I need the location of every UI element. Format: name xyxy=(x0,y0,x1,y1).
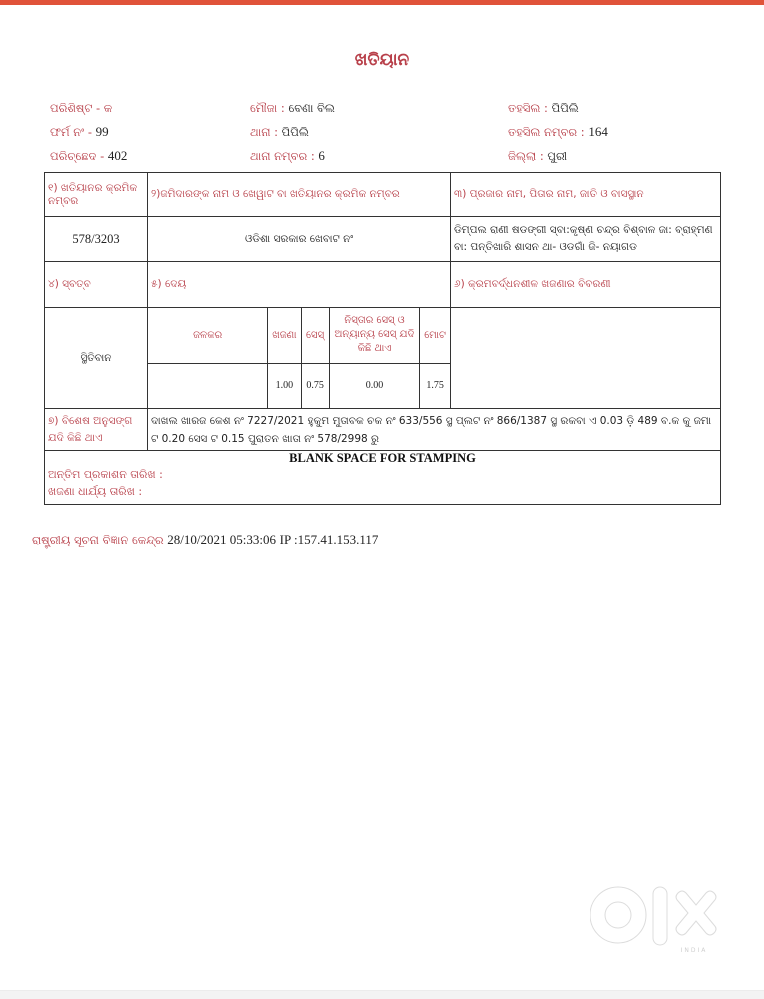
stamp-space-label: BLANK SPACE FOR STAMPING xyxy=(48,451,717,466)
appendix-label: ପରିଶିଷ୍ଟ - xyxy=(50,101,104,115)
thana-label: ଥାନା : xyxy=(250,125,282,139)
tahasil-no-value: 164 xyxy=(588,124,608,139)
form-no-label: ଫର୍ମ ନଂ - xyxy=(50,125,96,139)
thana-value: ପିପିଲି xyxy=(282,125,309,139)
footer-org: ରାଷ୍ଟ୍ରୀୟ ସୂଚନା ବିଜ୍ଞାନ କେନ୍ଦ୍ର xyxy=(32,533,164,547)
right-type-value: ସ୍ଥିତିବାନ xyxy=(45,308,148,409)
footer-timestamp: 28/10/2021 05:33:06 xyxy=(167,532,276,547)
tahasil-value: ପିପିଲି xyxy=(552,101,579,115)
olx-logo-icon: INDIA xyxy=(590,885,730,955)
table-row: ୭) ବିଶେଷ ଅନୁସଙ୍ଗ ଯଦି କିଛି ଥାଏ ଦାଖଲ ଖାରଜ … xyxy=(45,409,721,451)
khatiyan-table: ୧) ଖତିୟାନର କ୍ରମିକ ନମ୍ବର ୨)ଜମିଦାରଙ୍କ ନାମ … xyxy=(44,172,721,505)
dues-header-other-cess: ନିସ୍ତାର ସେସ୍ ଓ ଅନ୍ୟାନ୍ୟ ସେସ୍ ଯଦି କିଛି ଥା… xyxy=(329,308,420,363)
svg-text:INDIA: INDIA xyxy=(681,947,708,954)
chapter-label: ପରିଚ୍ଛେଦ - xyxy=(50,149,108,163)
appendix-value: କ xyxy=(104,101,113,115)
final-publication-date-label: ଅନ୍ତିମ ପ୍ରକାଶନ ତାରିଖ : xyxy=(48,466,717,483)
tenant-value: ଡିମ୍ପଲ ରାଣୀ ଷଡଙ୍ଗୀ ସ୍ବା:କୃଷ୍ଣ ଚନ୍ଦ୍ର ବିଶ… xyxy=(451,217,721,262)
header-right: ୪) ସ୍ବତ୍ବ xyxy=(45,262,148,308)
dues-total-value: 1.75 xyxy=(420,363,450,408)
progressive-rent-value xyxy=(451,308,721,409)
mouza-value: ବେଣା ବିଲ xyxy=(288,101,334,115)
chapter-value: 402 xyxy=(108,148,128,163)
dues-header-water-tax: ଜଳକର xyxy=(148,308,268,363)
header-progressive-rent: ୬) କ୍ରମବର୍ଦ୍ଧନଶୀଳ ଖଜଣାର ବିବରଣୀ xyxy=(451,262,721,308)
khatiyan-no-value: 578/3203 xyxy=(45,217,148,262)
dues-cell: ଜଳକର ଖଜଣା ସେସ୍ ନିସ୍ତାର ସେସ୍ ଓ ଅନ୍ୟାନ୍ୟ ସ… xyxy=(148,308,451,409)
header-dues: ୫) ଦେୟ xyxy=(148,262,451,308)
dues-other-cess-value: 0.00 xyxy=(329,363,420,408)
table-row: ୧) ଖତିୟାନର କ୍ରମିକ ନମ୍ବର ୨)ଜମିଦାରଙ୍କ ନାମ … xyxy=(45,173,721,217)
special-note-text: ଦାଖଲ ଖାରଜ କେଶ ନଂ 7227/2021 ହୁକୁମ ମୁତାବକ … xyxy=(151,415,711,445)
dues-header-total: ମୋଟ xyxy=(420,308,450,363)
dues-table: ଜଳକର ଖଜଣା ସେସ୍ ନିସ୍ତାର ସେସ୍ ଓ ଅନ୍ୟାନ୍ୟ ସ… xyxy=(148,308,450,408)
bottom-bar xyxy=(0,990,764,999)
dues-header-rent: ଖଜଣା xyxy=(268,308,301,363)
table-row: ୪) ସ୍ବତ୍ବ ୫) ଦେୟ ୬) କ୍ରମବର୍ଦ୍ଧନଶୀଳ ଖଜଣାର… xyxy=(45,262,721,308)
mouza-label: ମୌଜା : xyxy=(250,101,288,115)
header-khatiyan-no: ୧) ଖତିୟାନର କ୍ରମିକ ନମ୍ବର xyxy=(45,173,148,217)
footer: ରାଷ୍ଟ୍ରୀୟ ସୂଚନା ବିଜ୍ଞାନ କେନ୍ଦ୍ର 28/10/20… xyxy=(32,532,378,548)
thana-no-label: ଥାନା ନମ୍ବର : xyxy=(250,149,318,163)
table-row: 578/3203 ଓଡିଶା ସରକାର ଖେବାଟ ନଂ ଡିମ୍ପଲ ରାଣ… xyxy=(45,217,721,262)
footer-ip-label: IP : xyxy=(280,532,298,547)
dues-cess-value: 0.75 xyxy=(301,363,329,408)
header-landlord: ୨)ଜମିଦାରଙ୍କ ନାମ ଓ ଖେୱାଟ ବା ଖତିୟାନର କ୍ରମି… xyxy=(148,173,451,217)
table-row: BLANK SPACE FOR STAMPING ଅନ୍ତିମ ପ୍ରକାଶନ … xyxy=(45,451,721,505)
form-no-value: 99 xyxy=(96,124,109,139)
dues-header-cess: ସେସ୍ xyxy=(301,308,329,363)
meta-right: ତହସିଲ : ପିପିଲି ତହସିଲ ନମ୍ବର : 164 ଜିଲ୍ଲା … xyxy=(508,96,608,168)
meta-left: ପରିଶିଷ୍ଟ - କ ଫର୍ମ ନଂ - 99 ପରିଚ୍ଛେଦ - 402 xyxy=(50,96,127,168)
district-value: ପୁରୀ xyxy=(547,149,567,163)
table-row: ସ୍ଥିତିବାନ ଜଳକର ଖଜଣା ସେସ୍ ନିସ୍ତାର ସେସ୍ ଓ … xyxy=(45,308,721,409)
tahasil-label: ତହସିଲ : xyxy=(508,101,552,115)
meta-middle: ମୌଜା : ବେଣା ବିଲ ଥାନା : ପିପିଲି ଥାନା ନମ୍ବର… xyxy=(250,96,335,168)
district-label: ଜିଲ୍ଲା : xyxy=(508,149,547,163)
stamp-cell: BLANK SPACE FOR STAMPING ଅନ୍ତିମ ପ୍ରକାଶନ … xyxy=(45,451,721,505)
dues-water-tax-value xyxy=(148,363,268,408)
thana-no-value: 6 xyxy=(318,148,325,163)
landlord-value: ଓଡିଶା ସରକାର ଖେବାଟ ନଂ xyxy=(148,217,451,262)
footer-ip: 157.41.153.117 xyxy=(298,532,379,547)
rent-fixation-date-label: ଖଜଣା ଧାର୍ଯ୍ୟ ତାରିଖ : xyxy=(48,483,717,500)
tahasil-no-label: ତହସିଲ ନମ୍ବର : xyxy=(508,125,588,139)
special-note-value: ଦାଖଲ ଖାରଜ କେଶ ନଂ 7227/2021 ହୁକୁମ ମୁତାବକ … xyxy=(148,409,721,451)
document-title: ଖତିୟାନ xyxy=(0,50,764,70)
dues-rent-value: 1.00 xyxy=(268,363,301,408)
header-tenant: ୩) ପ୍ରଜାର ନାମ, ପିତାର ନାମ, ଜାତି ଓ ବାସସ୍ଥା… xyxy=(451,173,721,217)
header-special-note: ୭) ବିଶେଷ ଅନୁସଙ୍ଗ ଯଦି କିଛି ଥାଏ xyxy=(45,409,148,451)
top-accent-bar xyxy=(0,0,764,5)
